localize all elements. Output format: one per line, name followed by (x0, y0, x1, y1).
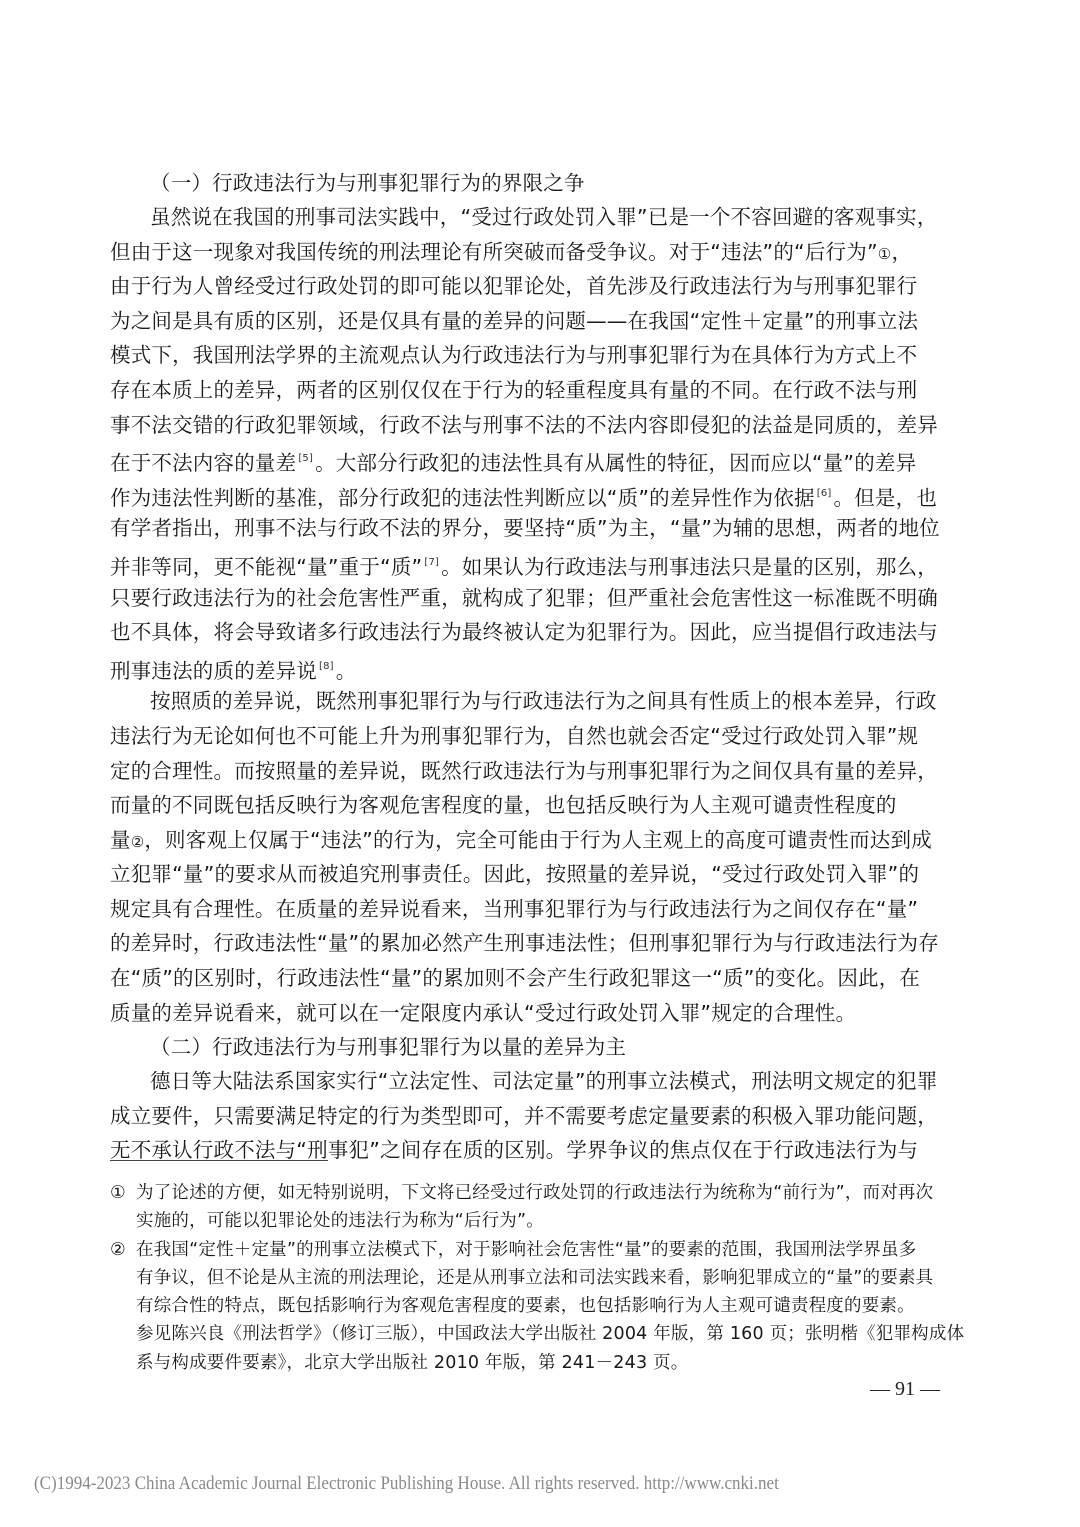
section-heading-2: （二）行政违法行为与刑事犯罪行为以量的差异为主 (110, 1030, 970, 1064)
paragraph-3: 德日等大陆法系国家实行“立法定性、司法定量”的刑事立法模式，刑法明文规定的犯罪 … (110, 1064, 970, 1168)
footnote-number: ② (110, 1236, 136, 1264)
section-heading-1: （一）行政违法行为与刑事犯罪行为的界限之争 (110, 166, 970, 200)
copyright-notice: (C)1994-2023 China Academic Journal Elec… (34, 1474, 779, 1495)
paragraph-2: 按照质的差异说，既然刑事犯罪行为与行政违法行为之间具有性质上的根本差异，行政 违… (110, 684, 970, 1030)
footnote-1: ①为了论述的方便，如无特别说明，下文将已经受过行政处罚的行政违法行为统称为“前行… (110, 1179, 970, 1236)
footnote-ref-2[interactable]: ② (131, 833, 145, 851)
citation-ref-8[interactable]: [8] (319, 661, 334, 672)
article-body: （一）行政违法行为与刑事犯罪行为的界限之争 虽然说在我国的刑事司法实践中，“受过… (110, 166, 970, 1168)
citation-ref-7[interactable]: [7] (424, 557, 439, 568)
footnote-number: ① (110, 1179, 136, 1207)
paragraph-1: 虽然说在我国的刑事司法实践中，“受过行政处罚入罪”已是一个不容回避的客观事实， … (110, 200, 970, 684)
footnotes: ①为了论述的方便，如无特别说明，下文将已经受过行政处罚的行政违法行为统称为“前行… (110, 1179, 970, 1377)
footnote-divider (110, 1160, 328, 1161)
citation-ref-5[interactable]: [5] (298, 453, 313, 464)
footnote-ref-1[interactable]: ① (878, 245, 892, 263)
citation-ref-6[interactable]: [6] (817, 488, 832, 499)
footnote-2: ②在我国“定性＋定量”的刑事立法模式下，对于影响社会危害性“量”的要素的范围，我… (110, 1236, 970, 1377)
page-number: — 91 — (870, 1378, 940, 1401)
